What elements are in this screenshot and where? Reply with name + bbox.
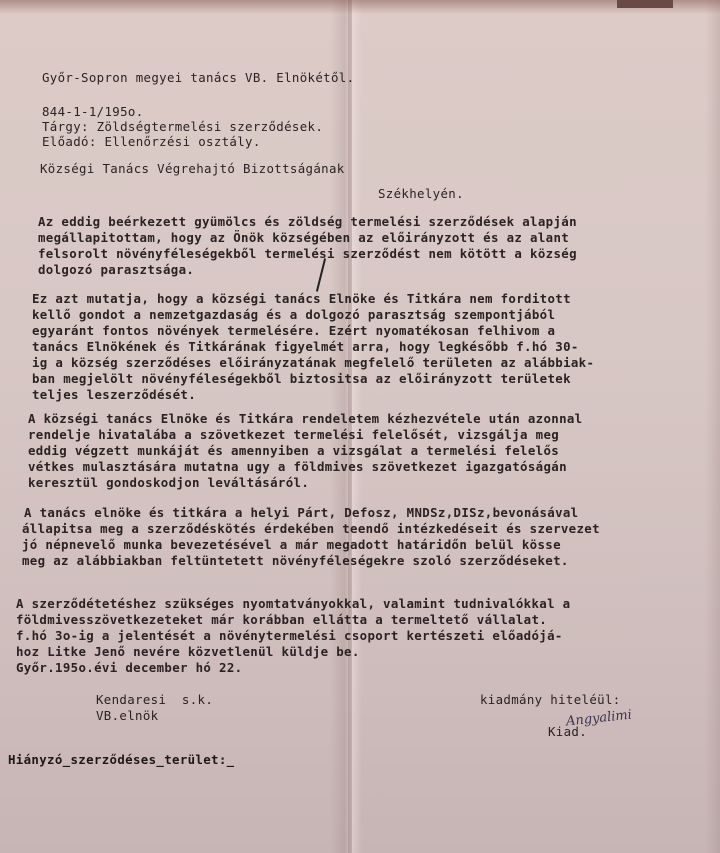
paragraph-line: földmivesszövetkezeteket már korábban el… <box>16 612 547 627</box>
paragraph-line: teljes leszerződését. <box>32 387 196 402</box>
subject-line: Tárgy: Zöldségtermelési szerződések. <box>42 119 323 134</box>
paragraph-line: A községi tanács Elnöke és Titkára rende… <box>28 411 583 426</box>
paragraph-line: Az eddig beérkezett gyümölcs és zöldség … <box>38 214 577 229</box>
signer-title: VB.elnök <box>96 708 158 723</box>
paragraph-line: meg az alábbiakban feltüntetett növényfé… <box>22 553 569 568</box>
paragraph-line: ban megjelölt növényféleségekből biztosi… <box>32 371 571 386</box>
issuer-role: Kiad. <box>548 724 587 739</box>
paper-stain <box>0 0 720 14</box>
paragraph-line: hoz Litke Jenő nevére közvetlenül küldje… <box>16 644 360 659</box>
paragraph-line: jó népnevelő munka bevezetésével a már m… <box>22 537 561 552</box>
paragraph-line: keresztül gondoskodjon leváltásáról. <box>28 475 309 490</box>
paragraph-line: dolgozó parasztsága. <box>38 262 194 277</box>
paper-edge-mark <box>617 0 673 8</box>
paragraph-line: f.hó 3o-ig a jelentését a növénytermelés… <box>16 628 563 643</box>
paragraph-line: felsorolt növényféleségekből termelési s… <box>38 246 577 261</box>
paragraph-line: tanács Elnökének és Titkárának figyelmét… <box>32 339 579 354</box>
paragraph-line: ig a község szerződéses előirányzatának … <box>32 355 594 370</box>
paragraph-line: állapitsa meg a szerződéskötés érdekében… <box>22 521 600 536</box>
certified-copy-label: kiadmány hiteléül: <box>480 692 621 707</box>
paragraph-line: eddig végzett munkáját és amennyiben a v… <box>28 443 559 458</box>
paragraph-line: rendelje hivatalába a szövetkezet termel… <box>28 427 559 442</box>
reference-number: 844-1-1/195o. <box>42 104 144 119</box>
paragraph-line: egyaránt fontos növények termelésére. Ez… <box>32 323 555 338</box>
missing-area-heading: Hiányzó_szerződéses_terület:_ <box>8 752 234 767</box>
date-line: Győr.195o.évi december hó 22. <box>16 660 242 675</box>
paragraph-line: A tanács elnöke és titkára a helyi Párt,… <box>24 505 579 520</box>
paragraph-line: kellő gondot a nemzetgazdaság és a dolgo… <box>32 307 555 322</box>
paragraph-line: megállapitottam, hogy az Önök községében… <box>38 230 569 245</box>
recipient-location: Székhelyén. <box>378 186 464 201</box>
recipient-name: Községi Tanács Végrehajtó Bizottságának <box>40 161 345 176</box>
clerk-line: Előadó: Ellenőrzési osztály. <box>42 134 261 149</box>
paragraph-line: vétkes mulasztására mutatna ugy a földmi… <box>28 459 567 474</box>
paragraph-line: Ez azt mutatja, hogy a községi tanács El… <box>32 291 571 306</box>
sender-line: Győr-Sopron megyei tanács VB. Elnökétől. <box>42 70 354 85</box>
signer-name: Kendaresi s.k. <box>96 692 213 707</box>
paragraph-line: A szerződétetéshez szükséges nyomtatvány… <box>16 596 571 611</box>
